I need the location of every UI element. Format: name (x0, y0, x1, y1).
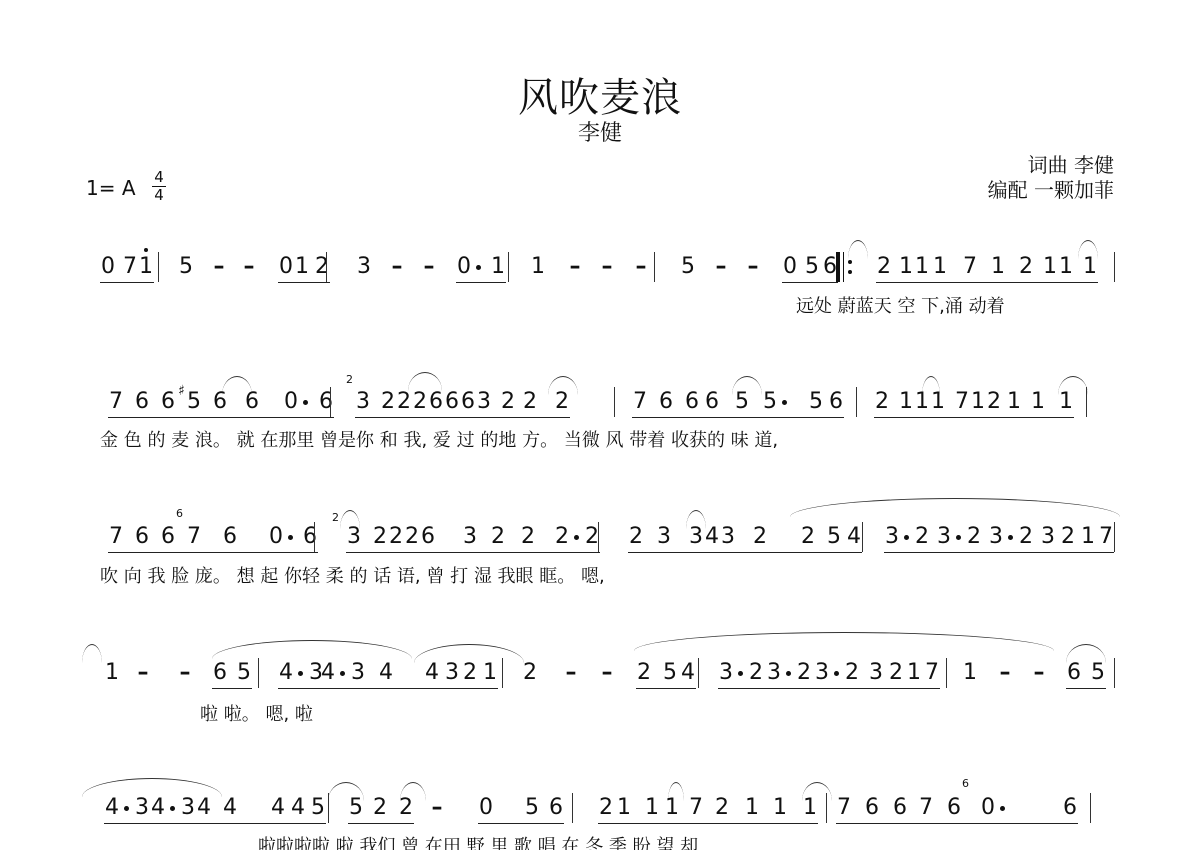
note: 6 (892, 795, 908, 821)
note: 4 (150, 795, 166, 821)
sharp-sign: ♯ (178, 383, 185, 399)
credit-lyrics-music: 词曲 李健 (988, 153, 1114, 178)
beam (104, 823, 326, 824)
note: 0 (278, 254, 294, 280)
note: 7 (1098, 524, 1114, 550)
dash: – (598, 660, 616, 686)
beam (1066, 688, 1106, 689)
note: 2 (636, 660, 652, 686)
note: 1 (898, 254, 914, 280)
slur (634, 632, 1054, 651)
augmentation-dot (303, 400, 308, 405)
note: 3 (936, 524, 952, 550)
note: 2 (598, 795, 614, 821)
bar-line (572, 793, 573, 823)
bar-line (1114, 252, 1115, 282)
note: 3 (766, 660, 782, 686)
slur (82, 644, 102, 663)
augmentation-dot (834, 671, 839, 676)
dash: – (428, 795, 446, 821)
note: 1 (772, 795, 788, 821)
lyrics-line: 金 色 的 麦 浪。 就 在那里 曾是你 和 我, 爱 过 的地 方。 当微 风… (100, 430, 778, 452)
bar-line (258, 658, 259, 688)
repeat-bar-thick (836, 252, 840, 282)
beam (100, 282, 154, 283)
note: 5 (662, 660, 678, 686)
lyrics-line: 远处 蔚蓝天 空 下,涌 动着 (796, 296, 1005, 318)
note: 4 (320, 660, 336, 686)
note: 3 (356, 254, 372, 280)
note: 0 (100, 254, 116, 280)
slur (408, 372, 442, 391)
note: 5 (804, 254, 820, 280)
slur (340, 510, 360, 529)
beam (632, 417, 844, 418)
bar-line (946, 658, 947, 688)
beam (478, 823, 564, 824)
note: 1 (970, 389, 986, 415)
beam (212, 688, 252, 689)
note: 1 (898, 389, 914, 415)
note: 3 (1040, 524, 1056, 550)
note: 5 (808, 389, 824, 415)
note: 6 (444, 389, 460, 415)
note: 6 (704, 389, 720, 415)
beam (278, 282, 330, 283)
note: 4 (846, 524, 862, 550)
note: 1 (104, 660, 120, 686)
note: 3 (718, 660, 734, 686)
bar-line (330, 387, 331, 417)
slur (328, 782, 364, 801)
augmentation-dot (124, 806, 129, 811)
singer-name: 李健 (0, 116, 1200, 147)
slur (790, 498, 1120, 517)
note: 1 (490, 254, 506, 280)
note: 2 (522, 389, 538, 415)
note: 6 (428, 389, 444, 415)
note: 2 (554, 524, 570, 550)
note: 2 (800, 524, 816, 550)
note: 1 (932, 254, 948, 280)
note: 1 (1058, 254, 1074, 280)
lyrics-line: 吹 向 我 脸 庞。 想 起 你轻 柔 的 话 语, 曾 打 湿 我眼 眶。 嗯… (100, 566, 605, 588)
note: 7 (836, 795, 852, 821)
beam (355, 417, 570, 418)
slur (922, 376, 940, 395)
slur (548, 376, 578, 395)
augmentation-dot (288, 535, 293, 540)
beam (346, 552, 600, 553)
augmentation-dot (786, 671, 791, 676)
note: 2 (490, 524, 506, 550)
note: 4 (704, 524, 720, 550)
note: 1 (1080, 524, 1096, 550)
note: 0 (456, 254, 472, 280)
note: 2 (752, 524, 768, 550)
note: 2 (388, 524, 404, 550)
octave-dot-above (144, 248, 148, 252)
slur (668, 782, 684, 801)
beam (876, 282, 1098, 283)
note: 2 (412, 389, 428, 415)
dash: – (996, 660, 1014, 686)
note: 6 (658, 389, 674, 415)
bar-line (158, 252, 159, 282)
note: 2 (372, 795, 388, 821)
dash: – (134, 660, 152, 686)
note: 5 (1090, 660, 1106, 686)
note: 5 (826, 524, 842, 550)
note: 6 (222, 524, 238, 550)
note: 2 (796, 660, 812, 686)
beam (348, 823, 414, 824)
note: 7 (954, 389, 970, 415)
time-signature-top: 4 (154, 168, 164, 186)
note: 2 (914, 524, 930, 550)
dash: – (632, 254, 650, 280)
beam (108, 552, 318, 553)
bar-line (698, 658, 699, 688)
note: 3 (476, 389, 492, 415)
note: 2 (714, 795, 730, 821)
beam (108, 417, 334, 418)
repeat-bar-thin (843, 252, 844, 282)
note: 1 (1042, 254, 1058, 280)
note: 3 (134, 795, 150, 821)
note: 6 (548, 795, 564, 821)
note: 2 (522, 660, 538, 686)
song-title: 风吹麦浪 (0, 66, 1200, 123)
note: 3 (988, 524, 1004, 550)
slur (400, 782, 426, 801)
note: 5 (310, 795, 326, 821)
note: 2 (500, 389, 516, 415)
note: 1 (1030, 389, 1046, 415)
augmentation-dot (738, 671, 743, 676)
note: 7 (924, 660, 940, 686)
bar-line (1114, 658, 1115, 688)
bar-line (654, 252, 655, 282)
note: 7 (962, 254, 978, 280)
note: 2 (876, 254, 892, 280)
note: 7 (186, 524, 202, 550)
note: 2 (404, 524, 420, 550)
key-signature: 1= A (86, 176, 136, 200)
time-signature: 4 4 (152, 170, 166, 203)
note: 2 (748, 660, 764, 686)
repeat-dot (848, 270, 852, 274)
note: 1 (644, 795, 660, 821)
grace-note: 6 (176, 508, 183, 519)
augmentation-dot (904, 535, 909, 540)
note: 5 (762, 389, 778, 415)
note: 5 (680, 254, 696, 280)
note: 6 (684, 389, 700, 415)
augmentation-dot (170, 806, 175, 811)
dash: – (1030, 660, 1048, 686)
dash: – (598, 254, 616, 280)
slur (1078, 240, 1098, 259)
beam (598, 823, 818, 824)
note: 1 (744, 795, 760, 821)
note: 2 (888, 660, 904, 686)
note: 5 (178, 254, 194, 280)
note: 3 (884, 524, 900, 550)
bar-line (1114, 522, 1115, 552)
slur (222, 376, 252, 395)
beam (636, 688, 696, 689)
bar-line (314, 522, 315, 552)
note: 6 (828, 389, 844, 415)
slur (732, 376, 762, 395)
augmentation-dot (574, 535, 579, 540)
note: 4 (278, 660, 294, 686)
dash: – (566, 254, 584, 280)
note: 4 (196, 795, 212, 821)
bar-line (508, 252, 509, 282)
grace-note: 2 (332, 512, 339, 523)
note: 6 (1062, 795, 1078, 821)
bar-line (856, 387, 857, 417)
bar-line (326, 252, 327, 282)
note: 0 (268, 524, 284, 550)
note: 3 (180, 795, 196, 821)
note: 2 (874, 389, 890, 415)
slur (686, 510, 706, 529)
note: 7 (108, 389, 124, 415)
slur (1066, 644, 1106, 663)
note: 1 (914, 254, 930, 280)
dash: – (712, 254, 730, 280)
note: 6 (160, 389, 176, 415)
note: 7 (122, 254, 138, 280)
beam (456, 282, 506, 283)
note: 6 (460, 389, 476, 415)
note: 2 (1060, 524, 1076, 550)
note: 1 (962, 660, 978, 686)
note: 2 (396, 389, 412, 415)
note: 1 (294, 254, 310, 280)
note: 2 (628, 524, 644, 550)
note: 7 (688, 795, 704, 821)
augmentation-dot (340, 671, 345, 676)
note: 6 (420, 524, 436, 550)
lyrics-line: 啦 啦。 嗯, 啦 (200, 704, 313, 726)
note: 3 (350, 660, 366, 686)
note: 4 (270, 795, 286, 821)
note: 5 (524, 795, 540, 821)
slur (414, 644, 524, 663)
note: 1 (906, 660, 922, 686)
dash: – (562, 660, 580, 686)
note: 4 (104, 795, 120, 821)
bar-line (614, 387, 615, 417)
note: 0 (283, 389, 299, 415)
augmentation-dot (476, 265, 481, 270)
dash: – (388, 254, 406, 280)
note: 2 (986, 389, 1002, 415)
note: 3 (462, 524, 478, 550)
grace-note: 2 (346, 374, 353, 385)
note: 6 (302, 524, 318, 550)
beam (628, 552, 862, 553)
note: 6 (864, 795, 880, 821)
bar-line (598, 522, 599, 552)
note: 3 (656, 524, 672, 550)
note: 2 (844, 660, 860, 686)
note: 2 (462, 660, 478, 686)
note: 0 (478, 795, 494, 821)
note: 2 (1018, 524, 1034, 550)
note: 4 (290, 795, 306, 821)
augmentation-dot (782, 400, 787, 405)
note: 6 (946, 795, 962, 821)
note: 1 (482, 660, 498, 686)
dash: – (240, 254, 258, 280)
augmentation-dot (956, 535, 961, 540)
dash: – (176, 660, 194, 686)
slur (82, 778, 222, 797)
note: 6 (134, 524, 150, 550)
note: 4 (424, 660, 440, 686)
note: 0 (980, 795, 996, 821)
note: 7 (632, 389, 648, 415)
note: 6 (1066, 660, 1082, 686)
beam (874, 417, 1074, 418)
beam (836, 823, 1078, 824)
note: 2 (380, 389, 396, 415)
slur (848, 240, 868, 259)
time-signature-bottom: 4 (154, 186, 164, 204)
bar-line (1090, 793, 1091, 823)
note: 4 (222, 795, 238, 821)
beam (782, 282, 838, 283)
note: 0 (782, 254, 798, 280)
repeat-dot (848, 260, 852, 264)
note: 5 (186, 389, 202, 415)
note: 2 (966, 524, 982, 550)
note: 2 (1018, 254, 1034, 280)
beam (884, 552, 1114, 553)
augmentation-dot (298, 671, 303, 676)
augmentation-dot (1008, 535, 1013, 540)
note: 1 (616, 795, 632, 821)
note: 6 (160, 524, 176, 550)
note: 3 (355, 389, 371, 415)
bar-line (862, 522, 863, 552)
note: 3 (814, 660, 830, 686)
note: 5 (236, 660, 252, 686)
dash: – (744, 254, 762, 280)
lyrics-line: 啦啦啦啦 啦 我们 曾 在田 野 里 歌 唱 在 冬 季 盼 望 却 (258, 836, 698, 850)
grace-note: 6 (962, 778, 969, 789)
dash: – (210, 254, 228, 280)
note: 2 (372, 524, 388, 550)
dash: – (420, 254, 438, 280)
note: 3 (720, 524, 736, 550)
note: 3 (868, 660, 884, 686)
note: 7 (918, 795, 934, 821)
note: 1 (1006, 389, 1022, 415)
beam (278, 688, 498, 689)
credits: 词曲 李健 编配 一颗加菲 (988, 153, 1114, 203)
slur (802, 782, 832, 801)
note: 1 (530, 254, 546, 280)
note: 1 (138, 254, 154, 280)
note: 1 (990, 254, 1006, 280)
augmentation-dot (1000, 806, 1005, 811)
slur (212, 640, 412, 659)
note: 6 (134, 389, 150, 415)
credit-arranger: 编配 一颗加菲 (988, 178, 1114, 203)
note: 7 (108, 524, 124, 550)
note: 2 (314, 254, 330, 280)
note: 2 (520, 524, 536, 550)
slur (1058, 376, 1088, 395)
note: 6 (318, 389, 334, 415)
note: 3 (444, 660, 460, 686)
note: 4 (680, 660, 696, 686)
note: 4 (378, 660, 394, 686)
beam (718, 688, 940, 689)
note: 6 (212, 660, 228, 686)
